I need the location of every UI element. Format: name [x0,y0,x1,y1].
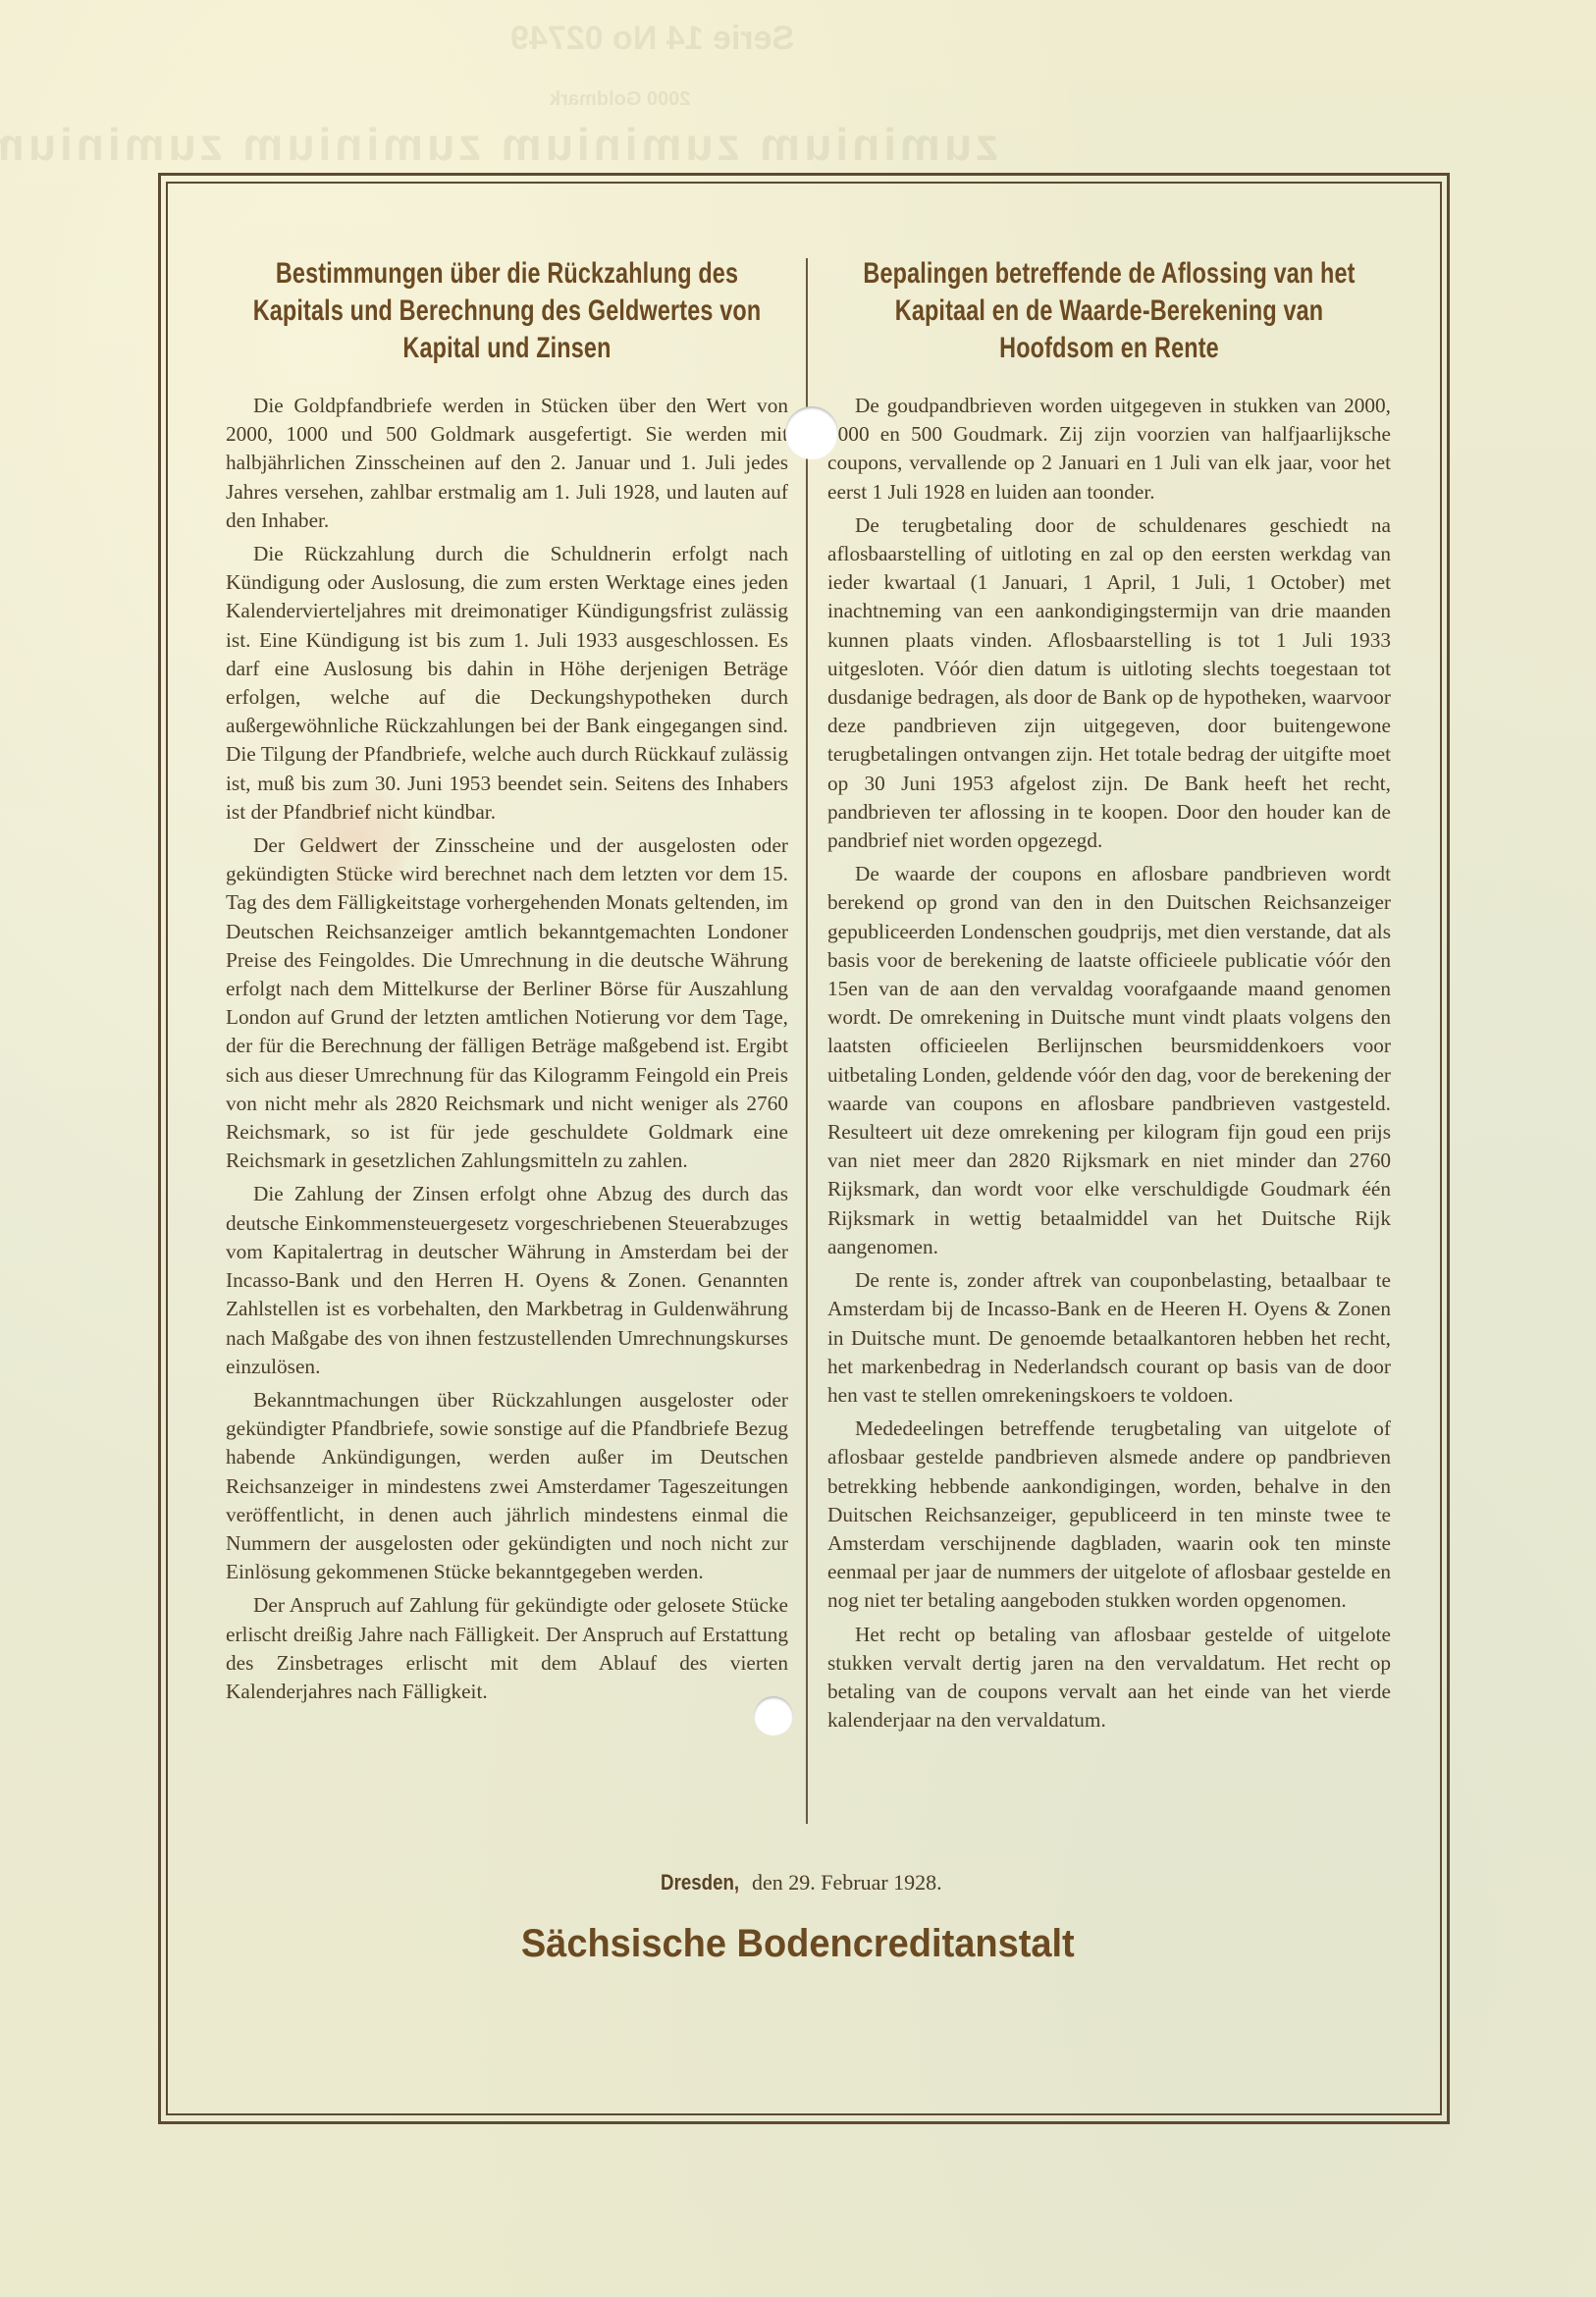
dutch-paragraph: Mededeelingen betreffende terugbetaling … [827,1415,1391,1615]
dutch-paragraph: De terugbetaling door de schuldenares ge… [827,511,1391,855]
issuer-name-text: Sächsische Bodencreditanstalt [521,1922,1075,1966]
issue-date: den 29. Februar 1928. [752,1870,942,1895]
dutch-paragraph: De rente is, zonder aftrek van couponbel… [827,1266,1391,1410]
place-and-date: Dresden, den 29. Februar 1928. [0,1870,1596,1896]
show-through-denomination: 2000 Goldmark [550,88,690,111]
german-terms-column: Bestimmungen über die Rückzahlung des Ka… [226,255,788,1711]
german-paragraph: Die Zahlung der Zinsen erfolgt ohne Abzu… [226,1180,788,1380]
dutch-terms-column: Bepalingen betreffende de Aflossing van … [827,255,1391,1739]
show-through-band: zuminium zuminium zuminium zuminium [0,118,998,171]
column-divider [806,258,808,1824]
dutch-paragraph: De goudpandbrieven worden uitgegeven in … [827,392,1391,507]
punch-hole [785,406,838,459]
dutch-terms-heading: Bepalingen betreffende de Aflossing van … [836,255,1383,367]
issuer-name: Sächsische Bodencreditanstalt [0,1922,1596,1966]
punch-hole [754,1696,793,1736]
german-terms-heading: Bestimmungen über die Rückzahlung des Ka… [234,255,779,367]
place-city: Dresden, [661,1870,739,1896]
german-paragraph: Die Rückzahlung durch die Schuldnerin er… [226,540,788,827]
german-paragraph: Der Anspruch auf Zahlung für gekündigte … [226,1591,788,1706]
dutch-paragraph: De waarde der coupons en aflosbare pandb… [827,860,1391,1261]
german-paragraph: Der Geldwert der Zinsscheine und der aus… [226,831,788,1175]
dutch-paragraph: Het recht op betaling van aflosbaar gest… [827,1621,1391,1736]
german-paragraph: Bekanntmachungen über Rückzahlungen ausg… [226,1386,788,1586]
show-through-serial: Serie 14 No 02749 [510,20,794,58]
german-paragraph: Die Goldpfandbriefe werden in Stücken üb… [226,392,788,535]
